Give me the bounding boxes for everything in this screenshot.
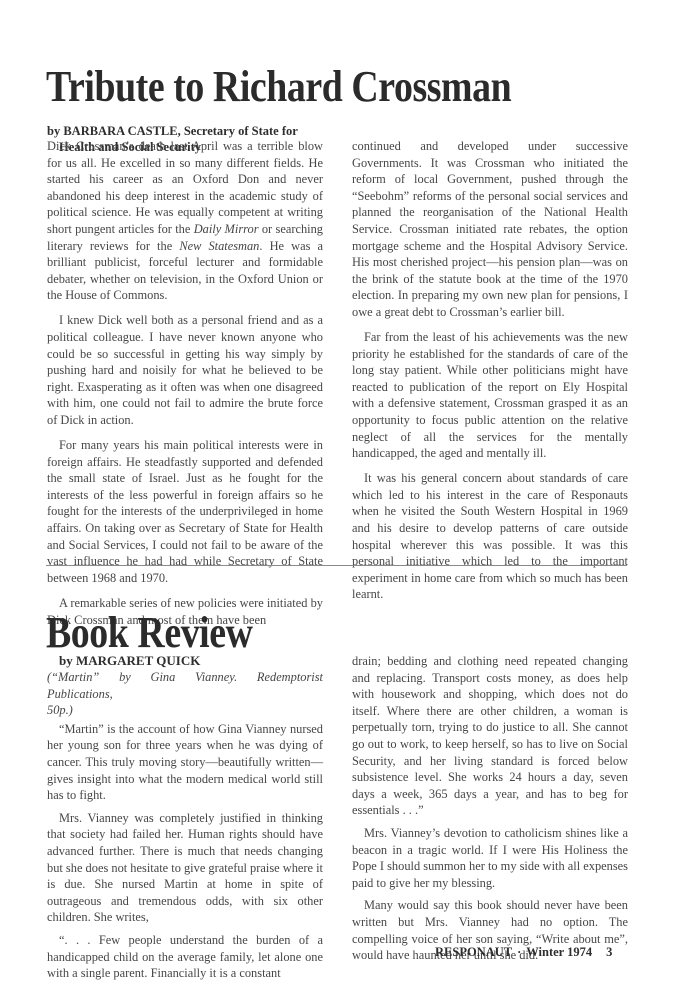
review-paragraph-3: “. . . Few people understand the burden …: [47, 932, 323, 982]
citation-text: (“Martin” by Gina Vianney. Redemptorist …: [47, 670, 323, 701]
page-footer: RESPONAUT·Winter 19743: [435, 945, 612, 960]
magazine-page: Tribute to Richard Crossman by BARBARA C…: [0, 0, 690, 990]
review-paragraph-5: Mrs. Vianney’s devotion to catholicism s…: [352, 825, 628, 891]
review-paragraph-1: “Martin” is the account of how Gina Vian…: [47, 721, 323, 804]
tribute-paragraph-5: continued and developed under successive…: [352, 138, 628, 321]
review-column-1: by MARGARET QUICK (“Martin” by Gina Vian…: [47, 653, 323, 988]
review-paragraph-4: drain; bedding and clothing need repeate…: [352, 653, 628, 819]
book-citation: (“Martin” by Gina Vianney. Redemptorist …: [47, 669, 323, 719]
section-divider: [46, 565, 627, 566]
byline-line-1: by BARBARA CASTLE, Secretary of State fo…: [47, 124, 298, 138]
review-byline: by MARGARET QUICK: [47, 653, 323, 669]
review-paragraph-2: Mrs. Vianney was completely justified in…: [47, 810, 323, 926]
tribute-paragraph-7: It was his general concern about standar…: [352, 470, 628, 603]
publication-name-new-statesman: New Statesman: [179, 239, 259, 253]
publication-name: RESPONAUT: [435, 945, 512, 959]
tribute-paragraph-6: Far from the least of his achievements w…: [352, 329, 628, 462]
tribute-paragraph-2: I knew Dick well both as a personal frie…: [47, 312, 323, 428]
tribute-paragraph-1: Dick Crossman’s death last April was a t…: [47, 138, 323, 304]
publication-name-daily-mirror: Daily Mirror: [194, 222, 259, 236]
footer-separator: ·: [517, 945, 521, 959]
review-column-2: drain; bedding and clothing need repeate…: [352, 653, 628, 970]
page-number: 3: [606, 945, 612, 959]
tribute-column-1: Dick Crossman’s death last April was a t…: [47, 138, 323, 637]
issue-date: Winter 1974: [526, 945, 592, 959]
article-title-book-review: Book Review: [46, 608, 253, 658]
tribute-column-2: continued and developed under successive…: [352, 138, 628, 612]
citation-price: 50p.): [47, 703, 73, 717]
article-title-tribute: Tribute to Richard Crossman: [46, 62, 511, 112]
